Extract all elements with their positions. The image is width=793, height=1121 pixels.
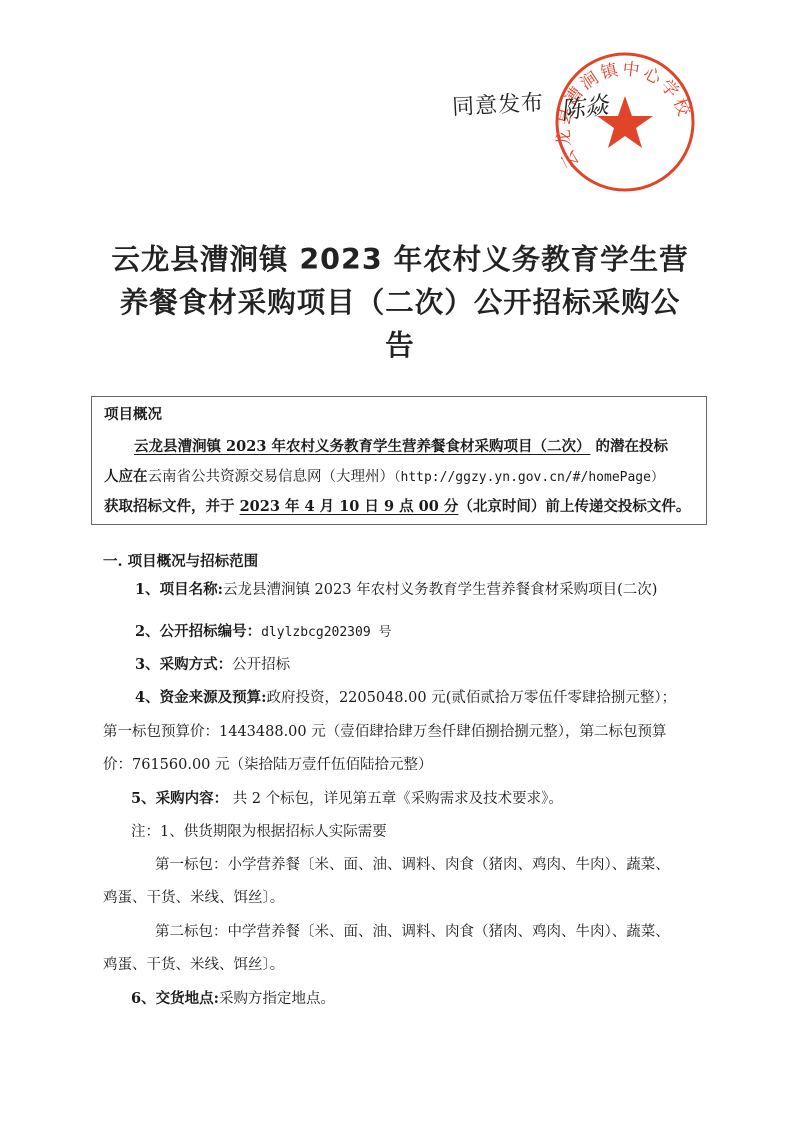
lot-2-line-1: 第二标包：中学营养餐〔米、面、油、调料、肉食（猪肉、鸡肉、牛肉）、蔬菜、	[155, 920, 670, 941]
overview-text-3a: 获取招标文件，并于	[104, 498, 240, 515]
overview-deadline: 2023 年 4 月 10 日 9 点 00 分	[240, 498, 459, 515]
item-value: dlylzbcg202309 号	[261, 625, 391, 640]
item-label: 1、项目名称:	[135, 581, 223, 598]
item-value: 采购方指定地点。	[219, 991, 335, 1007]
item-procurement-method: 3、采购方式：公开招标	[135, 653, 290, 674]
overview-text-1: 的潜在投标	[590, 438, 668, 455]
item-label: 5、采购内容：	[131, 790, 228, 807]
overview-project-name: 云龙县漕涧镇 2023 年农村义务教育学生营养餐食材采购项目（二次）	[134, 438, 590, 455]
lot-2-line-2: 鸡蛋、干货、米线、饵丝〕。	[103, 953, 284, 974]
overview-text-2: 云南省公共资源交易信息网（大理州）	[148, 469, 395, 485]
budget-line-3: 价：761560.00 元（柒拾陆万壹仟伍佰陆拾元整）	[103, 753, 433, 774]
item-tender-number: 2、公开招标编号：dlylzbcg202309 号	[135, 620, 392, 641]
item-label: 2、公开招标编号：	[135, 623, 261, 640]
lot-1-line-2: 鸡蛋、干货、米线、饵丝〕。	[103, 886, 284, 907]
title-line-3: 告	[95, 324, 705, 367]
overview-line-3: 获取招标文件，并于 2023 年 4 月 10 日 9 点 00 分（北京时间）…	[104, 495, 690, 516]
item-label: 3、采购方式：	[135, 656, 232, 673]
item-procurement-content: 5、采购内容： 共 2 个标包，详见第五章《采购需求及技术要求》。	[131, 787, 563, 808]
overview-line-2: 人应在云南省公共资源交易信息网（大理州）（http://ggzy.yn.gov.…	[104, 465, 664, 486]
overview-text-2-bold: 人应在	[104, 468, 148, 485]
title-line-1: 云龙县漕涧镇 2023 年农村义务教育学生营	[95, 238, 705, 281]
item-funding-budget: 4、资金来源及预算:政府投资，2205048.00 元(贰佰贰拾万零伍仟零肆拾捌…	[135, 686, 676, 707]
overview-text-3b: （北京时间）前上传递交投标文件。	[458, 498, 690, 515]
title-line-2: 养餐食材采购项目（二次）公开招标采购公	[95, 281, 705, 324]
lot-1-line-1: 第一标包：小学营养餐〔米、面、油、调料、肉食（猪肉、鸡肉、牛肉）、蔬菜、	[155, 853, 670, 874]
project-overview-box: 项目概况 云龙县漕涧镇 2023 年农村义务教育学生营养餐食材采购项目（二次） …	[91, 396, 707, 525]
approval-note: 同意发布	[451, 86, 545, 122]
item-value: 政府投资，2205048.00 元(贰佰贰拾万零伍仟零肆拾捌元整）；	[266, 690, 676, 706]
item-delivery-location: 6、交货地点:采购方指定地点。	[131, 987, 335, 1008]
note-supply-period: 注：1、供货期限为根据招标人实际需要	[131, 820, 387, 841]
item-value: 云龙县漕涧镇 2023 年农村义务教育学生营养餐食材采购项目(二次)	[223, 582, 657, 598]
budget-line-2: 第一标包预算价：1443488.00 元（壹佰肆拾肆万叁仟肆佰捌拾捌元整），第二…	[103, 720, 667, 741]
item-value: 共 2 个标包，详见第五章《采购需求及技术要求》。	[228, 791, 563, 807]
signature: 陈焱	[558, 85, 610, 126]
section-1-heading: 一. 项目概况与招标范围	[103, 550, 258, 571]
item-project-name: 1、项目名称:云龙县漕涧镇 2023 年农村义务教育学生营养餐食材采购项目(二次…	[135, 578, 657, 599]
overview-line-1: 云龙县漕涧镇 2023 年农村义务教育学生营养餐食材采购项目（二次） 的潜在投标	[134, 435, 668, 456]
item-value: 公开招标	[232, 657, 290, 673]
item-label: 4、资金来源及预算:	[135, 689, 266, 706]
item-label: 6、交货地点:	[131, 990, 219, 1007]
overview-url: （http://ggzy.yn.gov.cn/#/homePage）	[394, 470, 664, 485]
document-title: 云龙县漕涧镇 2023 年农村义务教育学生营 养餐食材采购项目（二次）公开招标采…	[95, 238, 705, 367]
overview-heading: 项目概况	[104, 403, 162, 424]
